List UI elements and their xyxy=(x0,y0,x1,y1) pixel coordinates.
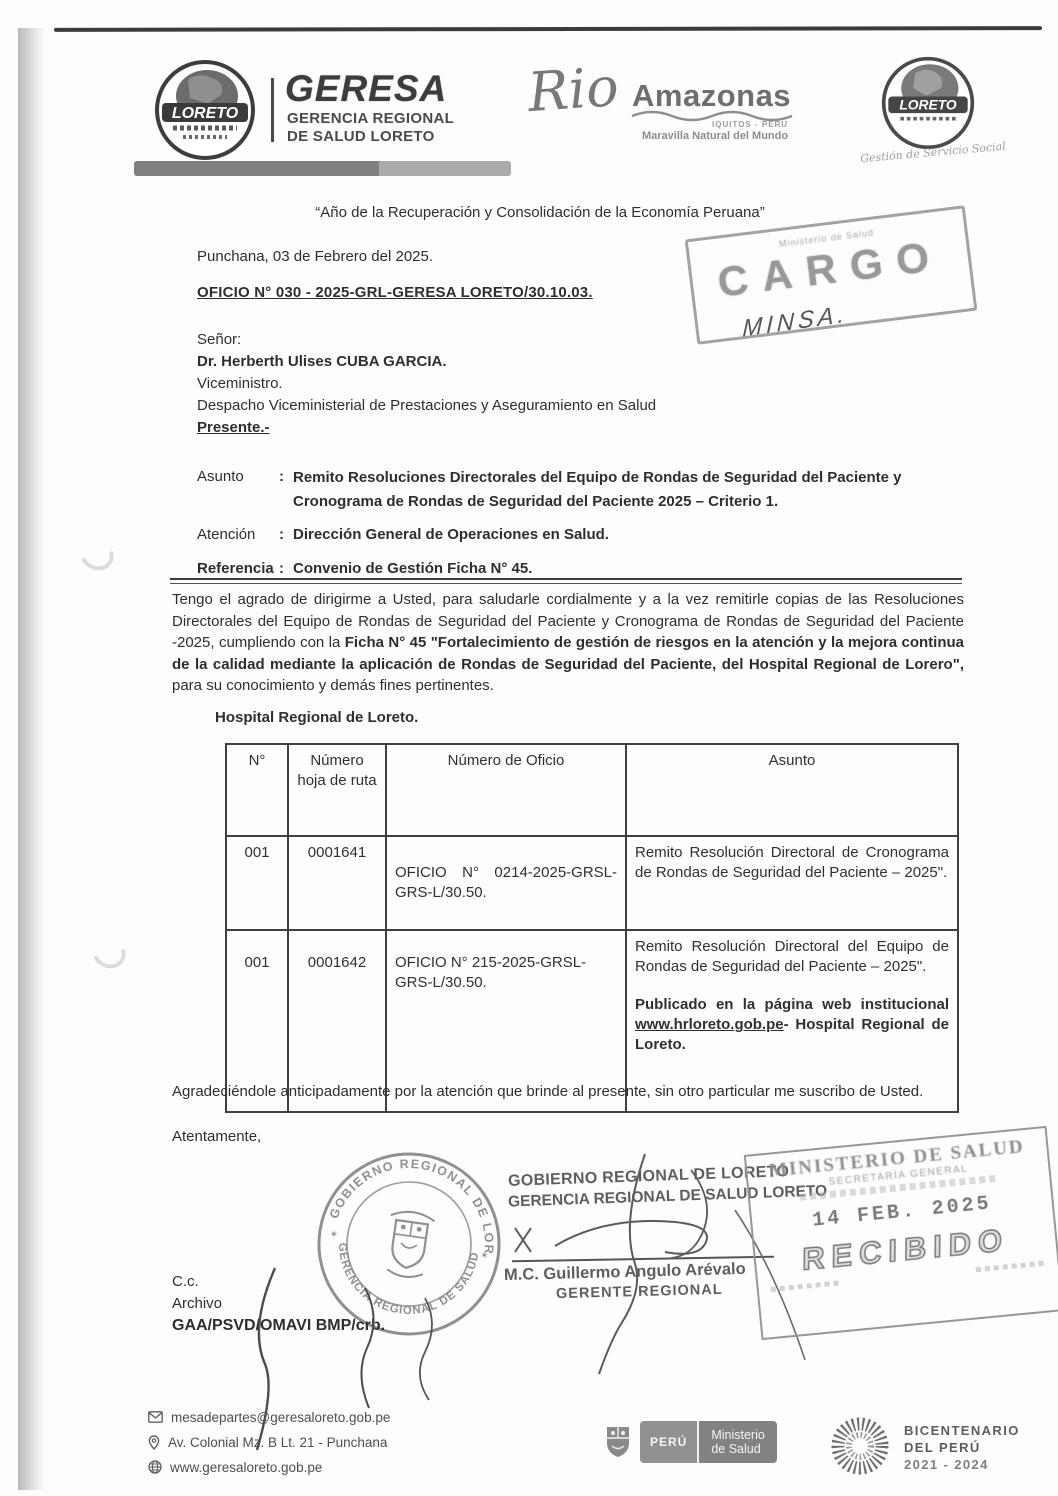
atencion-text: Dirección General de Operaciones en Salu… xyxy=(293,524,609,545)
date-line: Punchana, 03 de Febrero del 2025. xyxy=(197,246,433,267)
referencia-label: Referencia xyxy=(197,558,274,579)
recipient-name: Dr. Herberth Ulises CUBA GARCIA. xyxy=(197,351,447,372)
closing-atentamente: Atentamente, xyxy=(172,1126,261,1147)
globe-icon xyxy=(148,1460,162,1474)
footer-address: Av. Colonial Mz. B Lt. 21 - Punchana xyxy=(168,1435,387,1450)
minsa-badge-ministry-line1: Ministerio xyxy=(711,1428,765,1442)
atencion-colon: : xyxy=(279,524,284,545)
minsa-badge: PERÚ Ministerio de Salud xyxy=(640,1421,777,1463)
recipient-office: Despacho Viceministerial de Prestaciones… xyxy=(197,395,656,416)
geresa-wordmark: GERESA xyxy=(285,68,447,110)
asunto-text: Remito Resoluciones Directorales del Equ… xyxy=(293,466,948,514)
rio-amazonas-script: Rio xyxy=(526,55,621,124)
hrloreto-url: www.hrloreto.gob.pe xyxy=(635,1016,784,1033)
hole-punch-mark xyxy=(87,932,130,974)
recipient-presente: Presente.- xyxy=(197,417,270,438)
scan-top-edge xyxy=(54,26,1042,32)
row2-asunto-p2: Publicado en la página web institucional… xyxy=(635,995,949,1055)
referencia-rule xyxy=(170,578,962,584)
footer-email-row: mesadepartes@geresaloreto.gob.pe xyxy=(148,1406,390,1428)
footer-website-row: www.geresaloreto.gob.pe xyxy=(148,1456,390,1478)
bicentenario-line1: BICENTENARIO xyxy=(904,1422,1020,1439)
bicentenario-sunburst-icon xyxy=(824,1410,896,1482)
location-pin-icon xyxy=(148,1435,160,1450)
geresa-sub2: DE SALUD LORETO xyxy=(287,128,435,146)
loreto-seal-right-label: LORETO xyxy=(899,96,957,112)
oficio-number: OFICIO N° 030 - 2025-GRL-GERESA LORETO/3… xyxy=(197,282,593,303)
atencion-label: Atención xyxy=(197,524,255,545)
row1-asunto: Remito Resolución Directoral de Cronogra… xyxy=(626,836,958,930)
body-paragraph: Tengo el agrado de dirigirme a Usted, pa… xyxy=(172,589,964,697)
amazonas-subtitle2: Maravilla Natural del Mundo xyxy=(642,130,788,142)
rio-amazonas-wordmark: Amazonas xyxy=(632,78,791,114)
table-header-row: N° Número hoja de ruta Número de Oficio … xyxy=(226,744,958,836)
row1-hoja: 0001641 xyxy=(288,836,386,930)
bicentenario-line2: DEL PERÚ xyxy=(904,1439,1020,1456)
header-divider xyxy=(271,78,274,142)
published-text: Publicado en la página web institucional xyxy=(635,996,949,1013)
year-quote: “Año de la Recuperación y Consolidación … xyxy=(200,202,880,223)
asunto-colon: : xyxy=(279,466,284,487)
svg-text:✶: ✶ xyxy=(329,1229,339,1241)
col-header-asunto: Asunto xyxy=(626,744,958,836)
scanned-letter-page: LORETO GERESA GERENCIA REGIONAL DE SALUD… xyxy=(0,0,1058,1496)
footer-address-row: Av. Colonial Mz. B Lt. 21 - Punchana xyxy=(148,1431,390,1453)
bicentenario-text: BICENTENARIO DEL PERÚ 2021 - 2024 xyxy=(904,1422,1020,1473)
peru-coat-of-arms-icon xyxy=(604,1424,632,1460)
col-header-num: N° xyxy=(226,744,288,836)
recipient-title: Viceministro. xyxy=(197,373,283,394)
loreto-seal-left-label: LORETO xyxy=(172,105,239,122)
loreto-seal-left: LORETO xyxy=(153,58,257,162)
col-header-hoja: Número hoja de ruta xyxy=(288,744,386,836)
footer-contact: mesadepartes@geresaloreto.gob.pe Av. Col… xyxy=(148,1406,390,1478)
hospital-heading: Hospital Regional de Loreto. xyxy=(215,707,418,728)
table-row: 001 0001641 OFICIO N° 0214-2025-GRSL-GRS… xyxy=(226,836,958,930)
referencia-text: Convenio de Gestión Ficha N° 45. xyxy=(293,558,532,579)
row1-oficio: OFICIO N° 0214-2025-GRSL-GRS-L/30.50. xyxy=(386,836,626,930)
scan-left-edge xyxy=(18,28,45,1490)
hole-punch-mark xyxy=(75,534,118,576)
header-separator-bar xyxy=(134,161,511,176)
recipient-salutation: Señor: xyxy=(197,329,241,350)
referencia-colon: : xyxy=(279,558,284,579)
asunto-label: Asunto xyxy=(197,466,244,487)
geresa-sub1: GERENCIA REGIONAL xyxy=(287,110,454,128)
minsa-badge-peru: PERÚ xyxy=(640,1421,699,1463)
bicentenario-line3: 2021 - 2024 xyxy=(904,1456,1020,1473)
cc-label: C.c. xyxy=(172,1271,199,1292)
col-header-oficio: Número de Oficio xyxy=(386,744,626,836)
minsa-badge-ministry: Ministerio de Salud xyxy=(699,1421,777,1463)
footer-email: mesadepartes@geresaloreto.gob.pe xyxy=(171,1410,390,1425)
row1-num: 001 xyxy=(226,836,288,930)
closing-thanks: Agradeciéndole anticipadamente por la at… xyxy=(172,1081,967,1102)
amazonas-subtitle1: IQUITOS - PERU xyxy=(712,120,788,129)
recibido-stamp: MINISTERIO DE SALUD SECRETARÍA GENERAL 1… xyxy=(744,1126,1058,1340)
email-icon xyxy=(148,1411,163,1423)
row2-asunto-p1: Remito Resolución Directoral del Equipo … xyxy=(635,937,949,977)
body-tail: para su conocimiento y demás fines perti… xyxy=(172,677,494,694)
loreto-seal-right: LORETO xyxy=(880,55,976,151)
minsa-badge-ministry-line2: de Salud xyxy=(711,1442,765,1456)
footer-website: www.geresaloreto.gob.pe xyxy=(170,1460,322,1475)
oficios-table: N° Número hoja de ruta Número de Oficio … xyxy=(225,743,959,1113)
